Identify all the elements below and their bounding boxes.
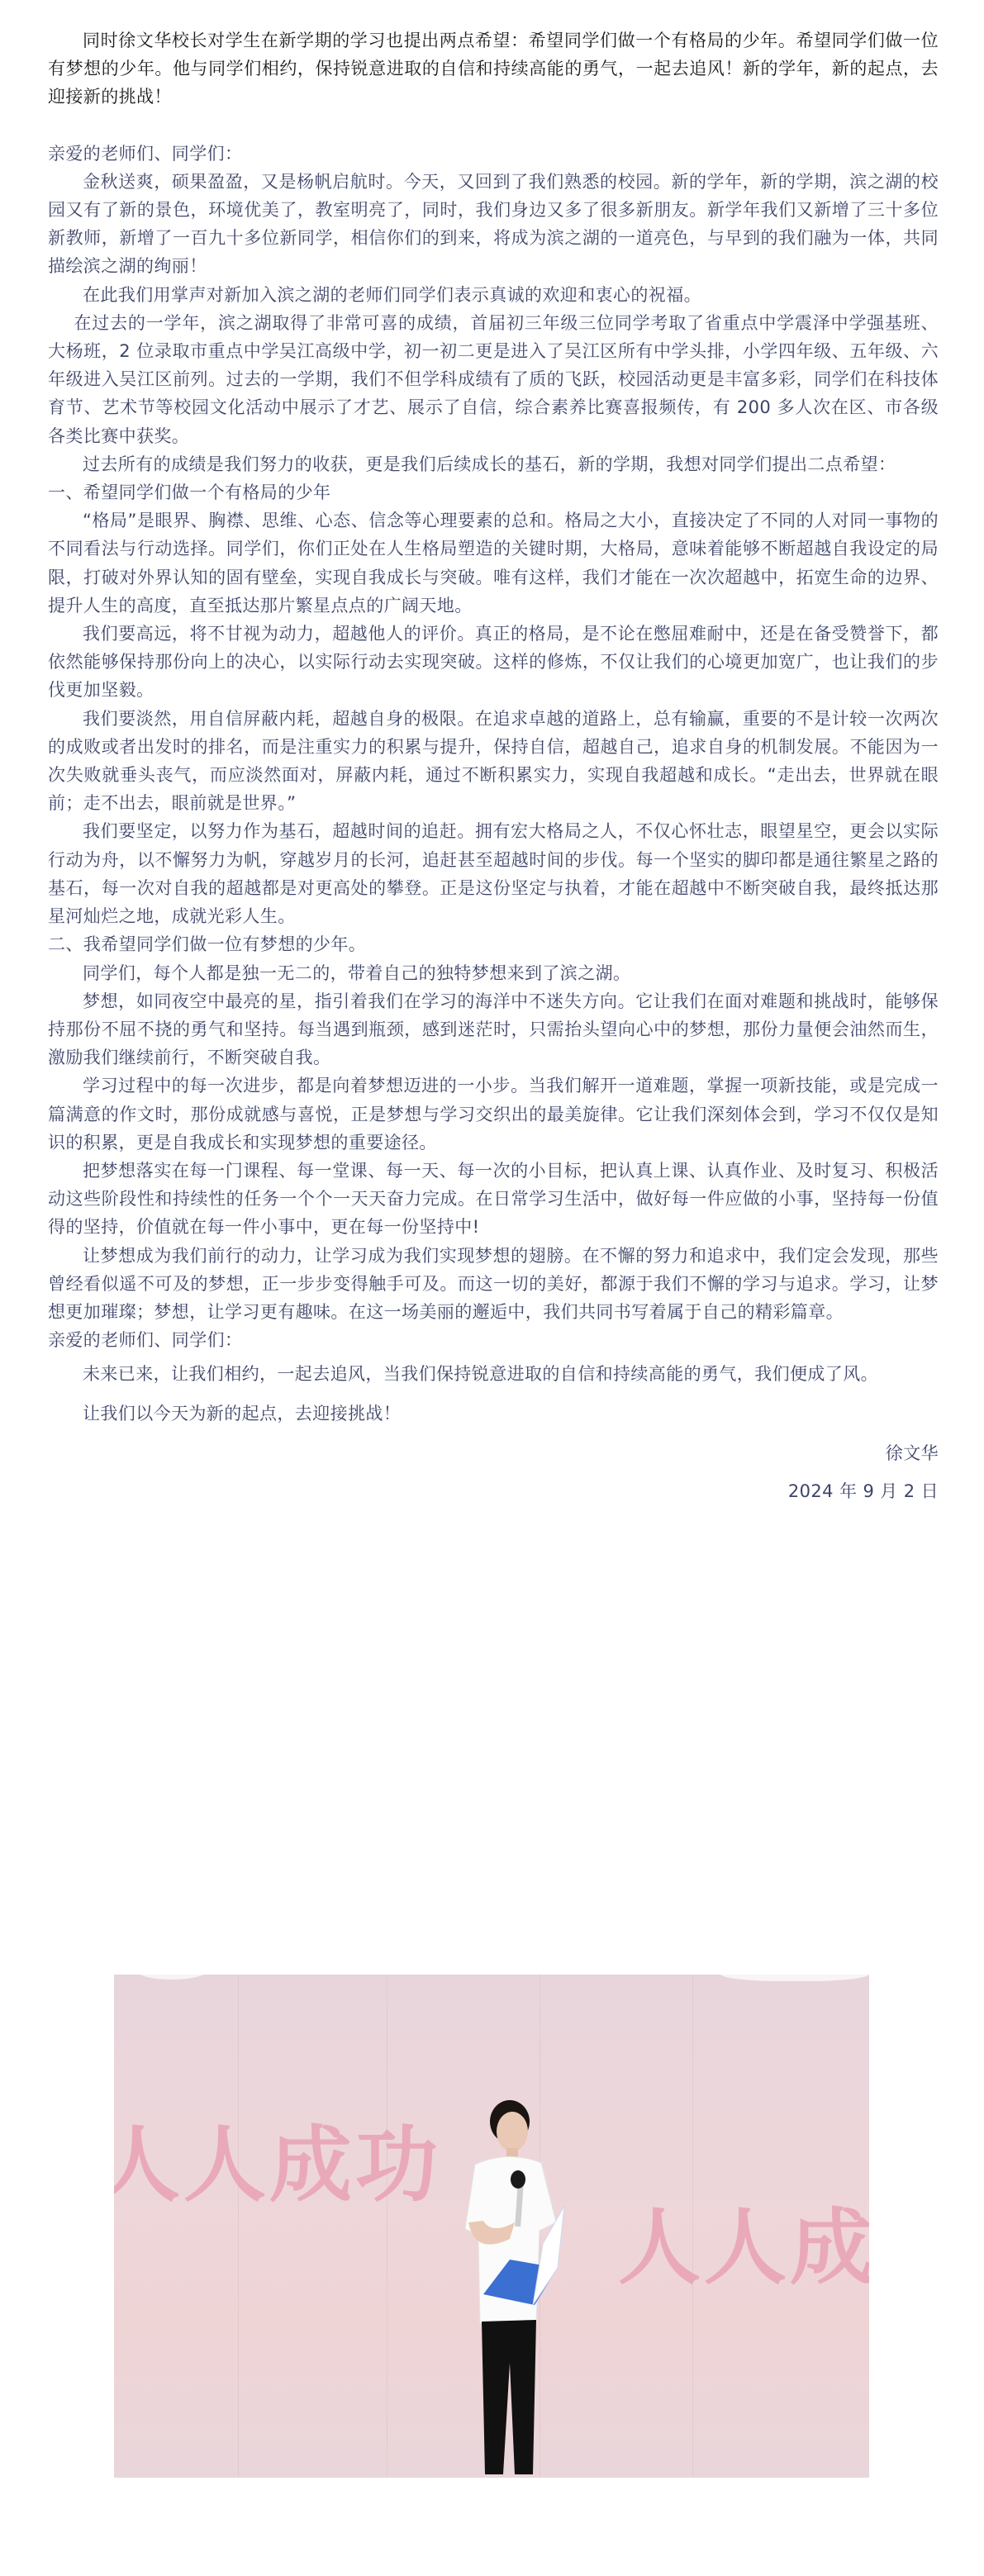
spacer xyxy=(48,112,939,140)
section-paragraph: 梦想，如同夜空中最亮的星，指引着我们在学习的海洋中不迷失方向。它让我们在面对难题… xyxy=(48,987,939,1072)
stage-light xyxy=(139,1975,205,1980)
backdrop-slogan-right: 人人成 xyxy=(618,2181,869,2300)
section-paragraph: 我们要淡然，用自信屏蔽内耗，超越自身的极限。在追求卓越的道路上，总有输赢，重要的… xyxy=(48,705,939,818)
stage-light xyxy=(720,1975,869,1981)
section-heading: 一、希望同学们做一个有格局的少年 xyxy=(48,478,939,506)
article-body: 同时徐文华校长对学生在新学期的学习也提出两点希望：希望同学们做一个有格局的少年。… xyxy=(48,0,939,1509)
intro-paragraph: 同时徐文华校长对学生在新学期的学习也提出两点希望：希望同学们做一个有格局的少年。… xyxy=(48,0,939,112)
section-paragraph: “格局”是眼界、胸襟、思维、心态、信念等心理要素的总和。格局之大小，直接决定了不… xyxy=(48,506,939,620)
speech-paragraph: 在此我们用掌声对新加入滨之湖的老师们同学们表示真诚的欢迎和衷心的祝福。 xyxy=(48,281,939,309)
section-paragraph: 让梦想成为我们前行的动力，让学习成为我们实现梦想的翅膀。在不懈的努力和追求中，我… xyxy=(48,1242,939,1327)
date: 2024 年 9 月 2 日 xyxy=(48,1473,939,1509)
section-paragraph: 把梦想落实在每一门课程、每一堂课、每一天、每一次的小目标，把认真上课、认真作业、… xyxy=(48,1157,939,1242)
speech-paragraph: 金秋送爽，硕果盈盈，又是杨帆启航时。今天，又回到了我们熟悉的校园。新的学年，新的… xyxy=(48,168,939,281)
screen-seam xyxy=(238,1975,239,2478)
section-heading: 二、我希望同学们做一位有梦想的少年。 xyxy=(48,930,939,958)
section-paragraph: 同学们，每个人都是独一无二的，带着自己的独特梦想来到了滨之湖。 xyxy=(48,959,939,987)
backdrop-slogan-left: 人人成功 xyxy=(114,2098,441,2217)
closing-salutation: 亲爱的老师们、同学们： xyxy=(48,1326,939,1354)
section-paragraph: 学习过程中的每一次进步，都是向着梦想迈进的一小步。当我们解开一道难题，掌握一项新… xyxy=(48,1072,939,1157)
speech-paragraph: 过去所有的成绩是我们努力的收获，更是我们后续成长的基石，新的学期，我想对同学们提… xyxy=(48,450,939,478)
section-paragraph: 我们要高远，将不甘视为动力，超越他人的评价。真正的格局，是不论在憋屈难耐中，还是… xyxy=(48,620,939,705)
signature: 徐文华 xyxy=(48,1433,939,1473)
closing-paragraph: 未来已来，让我们相约，一起去追风，当我们保持锐意进取的自信和持续高能的勇气，我们… xyxy=(48,1354,939,1394)
salutation: 亲爱的老师们、同学们： xyxy=(48,140,939,168)
closing-paragraph: 让我们以今天为新的起点，去迎接挑战！ xyxy=(48,1394,939,1433)
screen-seam xyxy=(387,1975,387,2478)
section-paragraph: 我们要坚定，以努力作为基石，超越时间的追赶。拥有宏大格局之人，不仅心怀壮志，眼望… xyxy=(48,817,939,930)
event-photo: 人人成功 人人成 xyxy=(114,1975,869,2478)
speaker-figure xyxy=(450,2098,574,2478)
speech-paragraph: 在过去的一学年，滨之湖取得了非常可喜的成绩，首届初三年级三位同学考取了省重点中学… xyxy=(48,309,939,450)
